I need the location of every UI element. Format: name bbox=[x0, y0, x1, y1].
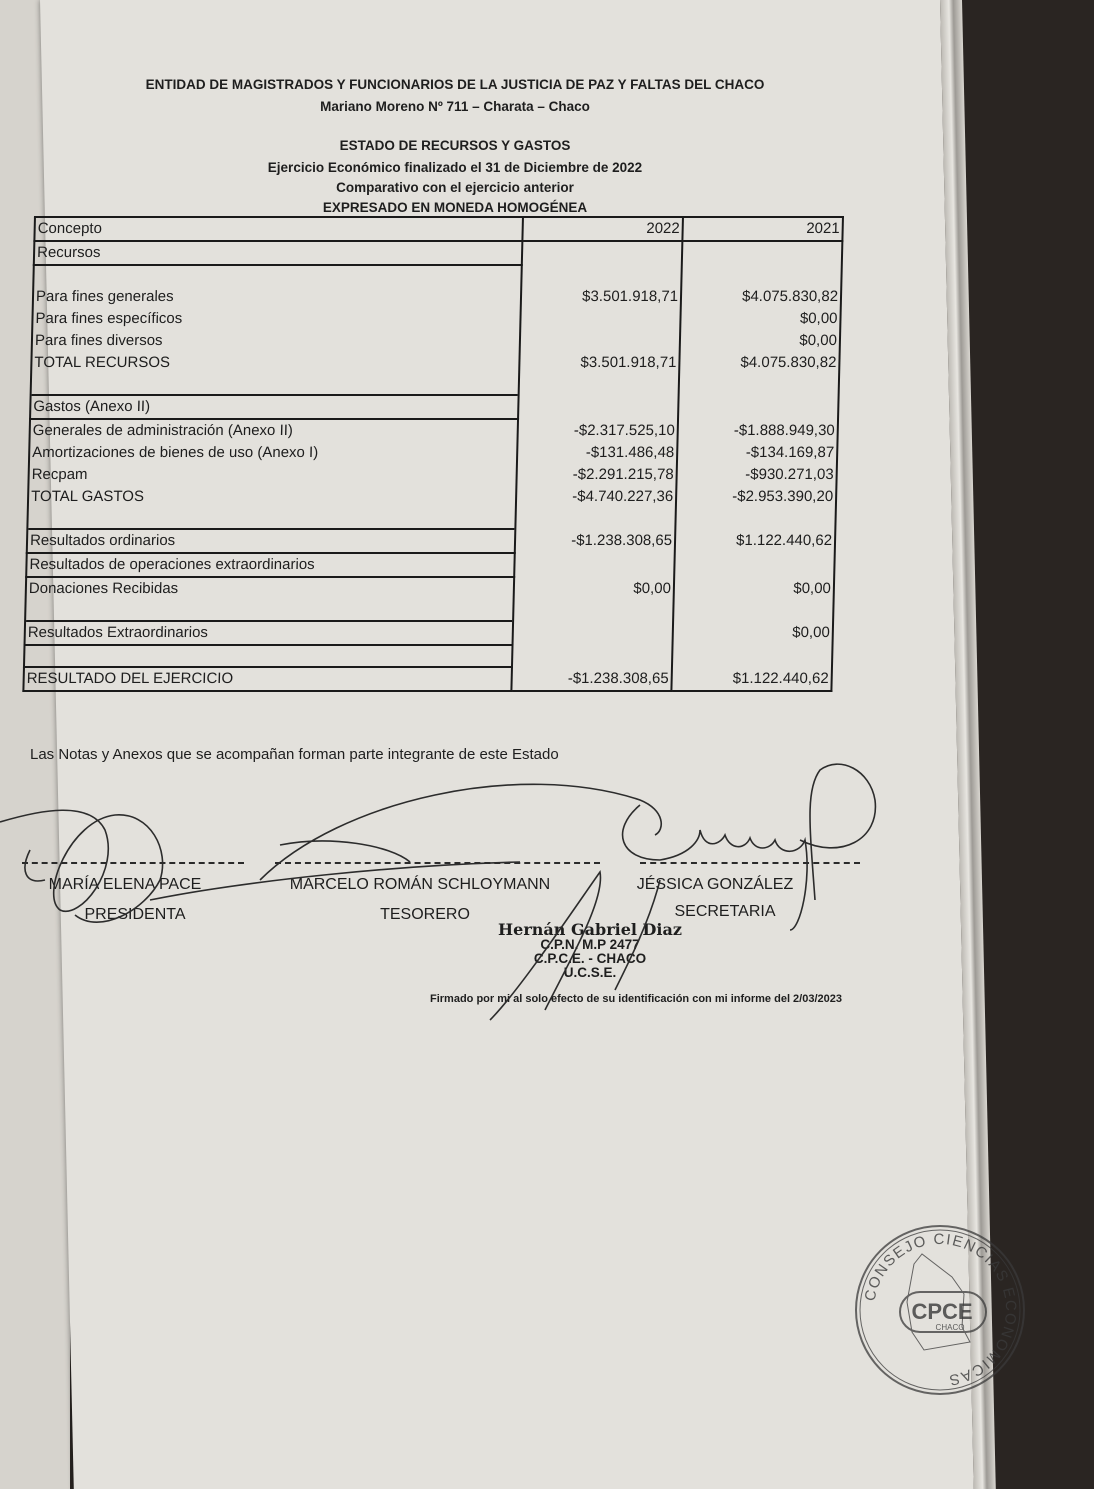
row-value-2022: $3.501.918,71 bbox=[521, 286, 681, 308]
table-row: Generales de administración (Anexo II) -… bbox=[29, 419, 838, 442]
table-row: Para fines específicos $0,00 bbox=[32, 308, 841, 330]
table-row: Recursos bbox=[34, 241, 843, 265]
row-value-2021: -$1.888.949,30 bbox=[678, 419, 839, 442]
table-row: TOTAL GASTOS -$4.740.227,36 -$2.953.390,… bbox=[28, 486, 837, 508]
row-value-2021: -$930.271,03 bbox=[676, 464, 837, 486]
statement-title: ESTADO DE RECURSOS Y GASTOS bbox=[60, 138, 850, 153]
table-row: Gastos (Anexo II) bbox=[30, 395, 839, 419]
row-concept: Para fines generales bbox=[33, 286, 522, 308]
row-concept: Resultados de operaciones extraordinario… bbox=[26, 553, 515, 577]
table-row: Resultados ordinarios -$1.238.308,65 $1.… bbox=[27, 529, 836, 553]
table-spacer bbox=[31, 374, 840, 395]
table-row: Recpam -$2.291.215,78 -$930.271,03 bbox=[28, 464, 837, 486]
auditor-signed-note: Firmado por mi al solo efecto de su iden… bbox=[430, 993, 842, 1005]
row-value-2021 bbox=[674, 553, 835, 577]
row-value-2022: -$131.486,48 bbox=[517, 442, 677, 464]
table-spacer bbox=[24, 645, 833, 667]
row-value-2021: $0,00 bbox=[680, 308, 841, 330]
table-row-total: RESULTADO DEL EJERCICIO -$1.238.308,65 $… bbox=[23, 667, 832, 691]
signatory-name: MARCELO ROMÁN SCHLOYMANN bbox=[270, 876, 570, 894]
row-value-2022 bbox=[520, 330, 680, 352]
statement-table: Concepto 2022 2021 Recursos Para fines g… bbox=[22, 216, 844, 692]
row-concept: Resultados Extraordinarios bbox=[25, 621, 514, 645]
column-header-concepto: Concepto bbox=[34, 217, 523, 241]
row-value-2021: $4.075.830,82 bbox=[679, 352, 840, 374]
row-value-2022: -$1.238.308,65 bbox=[515, 529, 676, 553]
signature-line-secretaria bbox=[640, 862, 860, 864]
auditor-credentials: C.P.N. M.P 2477 C.P.C.E. - CHACO U.C.S.E… bbox=[500, 938, 680, 980]
statement-period: Ejercicio Económico finalizado el 31 de … bbox=[60, 160, 850, 175]
row-concept: Para fines diversos bbox=[32, 330, 521, 352]
row-value-2022: $0,00 bbox=[514, 577, 675, 600]
auditor-line: C.P.N. M.P 2477 bbox=[500, 938, 680, 952]
svg-text:CPCE: CPCE bbox=[911, 1299, 972, 1324]
table-row: Para fines diversos $0,00 bbox=[32, 330, 841, 352]
auditor-line: U.C.S.E. bbox=[500, 966, 680, 980]
row-value-2022: -$1.238.308,65 bbox=[511, 667, 672, 691]
row-value-2022: -$4.740.227,36 bbox=[516, 486, 676, 508]
row-value-2021: $0,00 bbox=[673, 621, 834, 645]
row-concept: Recpam bbox=[28, 464, 517, 486]
row-concept: Generales de administración (Anexo II) bbox=[29, 419, 518, 442]
row-value-2021: $0,00 bbox=[674, 577, 835, 600]
signatory-role: PRESIDENTA bbox=[60, 906, 210, 924]
row-value-2021: -$2.953.390,20 bbox=[676, 486, 837, 508]
signatory-role: SECRETARIA bbox=[650, 903, 800, 921]
table-spacer bbox=[33, 265, 842, 286]
row-concept: Gastos (Anexo II) bbox=[30, 395, 519, 419]
row-concept: Recursos bbox=[34, 241, 523, 265]
document-content: ENTIDAD DE MAGISTRADOS Y FUNCIONARIOS DE… bbox=[0, 0, 1094, 1489]
table-spacer bbox=[27, 508, 836, 529]
table-spacer bbox=[25, 600, 834, 621]
row-value-2021: $1.122.440,62 bbox=[675, 529, 836, 553]
row-value-2021: $1.122.440,62 bbox=[671, 667, 832, 691]
row-value-2021: $4.075.830,82 bbox=[681, 286, 842, 308]
table-row: Amortizaciones de bienes de uso (Anexo I… bbox=[29, 442, 838, 464]
signature-tesorero-icon bbox=[260, 784, 661, 1020]
table-row: TOTAL RECURSOS $3.501.918,71 $4.075.830,… bbox=[31, 352, 840, 374]
row-value-2022: -$2.317.525,10 bbox=[518, 419, 679, 442]
column-header-2022: 2022 bbox=[522, 217, 683, 241]
row-value-2021: -$134.169,87 bbox=[677, 442, 838, 464]
table-row: Resultados de operaciones extraordinario… bbox=[26, 553, 835, 577]
row-concept: Para fines específicos bbox=[32, 308, 521, 330]
table-header-row: Concepto 2022 2021 bbox=[34, 217, 843, 241]
svg-text:CHACO: CHACO bbox=[936, 1323, 965, 1332]
row-concept: Donaciones Recibidas bbox=[26, 577, 515, 600]
row-concept: RESULTADO DEL EJERCICIO bbox=[23, 667, 512, 691]
row-concept: Amortizaciones de bienes de uso (Anexo I… bbox=[29, 442, 518, 464]
row-value-2022 bbox=[522, 241, 683, 265]
currency-note: EXPRESADO EN MONEDA HOMOGÉNEA bbox=[60, 200, 850, 215]
statement-comparative: Comparativo con el ejercicio anterior bbox=[60, 180, 850, 195]
row-concept: Resultados ordinarios bbox=[27, 529, 516, 553]
table-row: Para fines generales $3.501.918,71 $4.07… bbox=[33, 286, 842, 308]
row-concept: TOTAL GASTOS bbox=[28, 486, 517, 508]
signature-line-presidenta bbox=[22, 862, 244, 864]
row-value-2021 bbox=[678, 395, 839, 419]
entity-address: Mariano Moreno Nº 711 – Charata – Chaco bbox=[60, 99, 850, 114]
signatory-name: MARÍA ELENA PACE bbox=[35, 876, 215, 894]
notes-statement: Las Notas y Anexos que se acompañan form… bbox=[30, 746, 559, 763]
row-value-2022: -$2.291.215,78 bbox=[516, 464, 676, 486]
row-value-2021 bbox=[682, 241, 843, 265]
row-value-2021: $0,00 bbox=[680, 330, 841, 352]
column-header-2021: 2021 bbox=[682, 217, 843, 241]
row-value-2022 bbox=[513, 621, 674, 645]
cpce-seal-icon: CONSEJO CIENCIAS ECONOMICAS CPCE CHACO bbox=[852, 1222, 1028, 1398]
row-value-2022: $3.501.918,71 bbox=[519, 352, 679, 374]
row-concept: TOTAL RECURSOS bbox=[31, 352, 520, 374]
auditor-line: C.P.C.E. - CHACO bbox=[500, 952, 680, 966]
row-value-2022 bbox=[518, 395, 679, 419]
table-row: Donaciones Recibidas $0,00 $0,00 bbox=[26, 577, 835, 600]
signatory-name: JÉSSICA GONZÁLEZ bbox=[615, 876, 815, 894]
row-value-2022 bbox=[520, 308, 680, 330]
signature-line-tesorero bbox=[275, 862, 600, 864]
row-value-2022 bbox=[514, 553, 675, 577]
table-row: Resultados Extraordinarios $0,00 bbox=[25, 621, 834, 645]
entity-name: ENTIDAD DE MAGISTRADOS Y FUNCIONARIOS DE… bbox=[60, 77, 850, 92]
